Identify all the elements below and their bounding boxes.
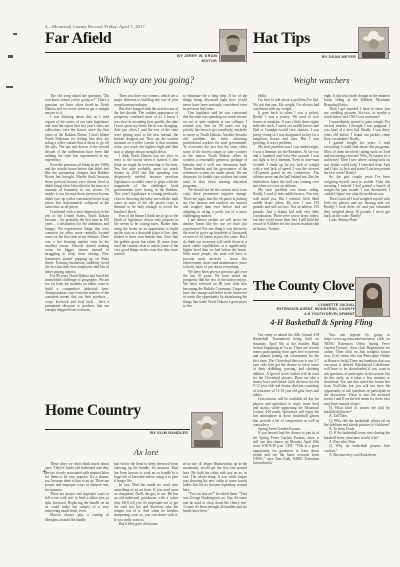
columnist-portrait-icon <box>356 278 389 316</box>
text-column: You can register by going to https://www… <box>324 333 390 567</box>
byline-name: BY SLIM RANDLES <box>45 431 188 436</box>
text-column: Get ready to attend the 40th Annual 4-H … <box>253 333 319 567</box>
paragraph: I was thinking about this as I read repo… <box>45 115 109 162</box>
paragraph: I'm here to talk about a problem I've ha… <box>253 98 319 111</box>
registration-mark <box>13 33 17 35</box>
far-afield-byline: BY JERRY W. KRAM EDITOR <box>177 54 217 64</box>
paragraph: One legislator said he was concerned tha… <box>183 111 247 188</box>
paragraph: Q. If the basketball team was chasing th… <box>324 431 390 440</box>
paragraph: But if they gave doctorates <box>114 522 178 526</box>
far-afield-section: Far Afield BY JERRY W. KRAM EDITOR Which… <box>45 31 247 399</box>
paragraph: I think North Dakota was too slow to rea… <box>114 154 178 214</box>
jerry-kram-photo <box>219 29 247 62</box>
paragraph: Later, Skinny Dean <box>324 218 390 222</box>
paragraph: eight. It did win fourth though in the a… <box>324 94 390 107</box>
paragraph: Q. Why do basketball players love cookie… <box>324 444 390 453</box>
home-country-byline: BY SLIM RANDLES <box>45 431 188 436</box>
text-column: The old song asked the question, "Do you… <box>45 94 109 399</box>
columnist-portrait-icon <box>220 30 246 61</box>
paragraph: But that changed with the twin booms of … <box>114 107 178 154</box>
registration-mark <box>6 86 13 88</box>
byline-line: 4-H YOUTH DEVELOPMENT <box>253 312 355 317</box>
paragraph: My next problem was bronc riding. Really… <box>253 188 319 231</box>
lynnette-vachal-photo <box>355 277 390 317</box>
county-clover-byline: LYNNETTE VACHALEXTENSION AGENT, MOUNTRAI… <box>253 303 355 318</box>
columnist-portrait-icon <box>192 413 222 447</box>
text-column: These days we don't think much about axe… <box>45 462 109 567</box>
paragraph: Then I noticed I had weighed myself with… <box>324 197 390 218</box>
paragraph: to eliminate for a long time. A lot of t… <box>183 94 247 111</box>
far-afield-kicker: Which way are you going? <box>45 75 247 85</box>
paragraph: Part of the blame I think has to go to t… <box>114 214 178 257</box>
hat-tips-section: Hat Tips BY DEAN MEYER Weight watchers H… <box>253 31 390 276</box>
county-clover-headline: 4-H Basketball & Spring Fling <box>253 318 390 327</box>
paragraph: My next problem was I was underweight. I… <box>253 145 319 188</box>
paragraph: Then you have our winters, which are a m… <box>114 94 178 107</box>
text-column: Hello,I'm here to talk about a problem I… <box>253 94 319 274</box>
newspaper-page: + 4—Mountrail County Record, Friday, Apr… <box>0 0 400 567</box>
home-country-columns: These days we don't think much about axe… <box>45 462 247 567</box>
paragraph: "You see that ax?" he asked them. "That … <box>183 492 247 513</box>
folio-line: 4—Mountrail County Record, Friday, April… <box>45 24 145 29</box>
text-column: eight. It did win fourth though in the a… <box>324 94 390 274</box>
byline-name: BY JERRY W. KRAM <box>177 54 217 59</box>
far-afield-columns: The old song asked the question, "Do you… <box>45 94 247 399</box>
paragraph: Q. Why did the basketball player sit on … <box>324 419 390 428</box>
paragraph: A. Because they can Dunk them <box>324 453 390 457</box>
slim-randles-photo <box>191 412 223 448</box>
text-column: Then you have our winters, which are a m… <box>114 94 178 399</box>
home-country-section: Home Country BY SLIM RANDLES Ax lore The… <box>45 403 247 567</box>
paragraph: I am almost certain we will never see an… <box>183 218 247 269</box>
byline-name: BY DEAN MEYER <box>322 55 356 60</box>
registration-mark <box>8 55 13 58</box>
hat-tips-byline: BY DEAN MEYER <box>322 55 356 60</box>
county-clover-rule <box>253 300 356 301</box>
text-column: just below the head to keep firewood fro… <box>114 462 178 567</box>
hat-tips-columns: Hello,I'm here to talk about a problem I… <box>253 94 390 274</box>
text-column: in ax use, ol' Jasper Blankenship, up in… <box>183 462 247 567</box>
county-clover-columns: Get ready to attend the 40th Annual 4-H … <box>253 333 390 567</box>
paragraph: The old song asked the question, "Do you… <box>45 94 109 115</box>
paragraph: You can register by going to https://www… <box>324 333 390 406</box>
paragraph: I gained weight for years. I read everyt… <box>324 141 390 175</box>
paragraph: If you haven't had the chance to join in… <box>253 431 319 465</box>
paragraph: Concessions will be available all day fo… <box>253 397 319 427</box>
county-clover-title: The County Clover <box>253 280 360 294</box>
paragraph: Then I got married. I have to show you m… <box>324 107 390 120</box>
paragraph: just below the head to keep firewood fro… <box>114 462 178 483</box>
county-clover-section: The County Clover LYNNETTE VACHALEXTENSI… <box>253 277 390 567</box>
home-country-headline: Ax lore <box>45 447 247 457</box>
paragraph: For 80 years North Dakota had faced the … <box>45 274 109 313</box>
paragraph: Get ready to attend the 40th Annual 4-H … <box>253 333 319 397</box>
hat-tips-kicker: Weight watchers <box>253 75 390 85</box>
paragraph: We have been given a precious gift over … <box>183 270 247 309</box>
paragraph: These days we don't think much about axe… <box>45 462 109 492</box>
paragraph: In fact, Dud has made ax work into somet… <box>114 483 178 522</box>
far-afield-title: Far Afield <box>45 31 247 47</box>
paragraph: I immediately started to gain weight. Fo… <box>324 120 390 141</box>
paragraph: So, the past couple years I've been weig… <box>324 175 390 196</box>
columnist-portrait-icon <box>359 28 388 58</box>
dean-meyer-photo <box>358 27 389 59</box>
paragraph: Q. What kind of stories are told by bask… <box>324 406 390 415</box>
paragraph: Combined with a near depression in the r… <box>45 210 109 274</box>
paragraph: There are proper and improper ways to fe… <box>45 492 109 513</box>
text-column: to eliminate for a long time. A lot of t… <box>183 94 247 399</box>
paragraph: Marvin always puts a coating of fibergla… <box>45 513 109 522</box>
paragraph: Even the previous oil boom in the 1980s … <box>45 163 109 210</box>
paragraph: We should not let the current short term… <box>183 188 247 218</box>
paragraph: It goes back to when I was a jockey. Rea… <box>253 111 319 145</box>
paragraph: in ax use, ol' Jasper Blankenship, up in… <box>183 462 247 492</box>
byline-role: EDITOR <box>177 59 217 64</box>
